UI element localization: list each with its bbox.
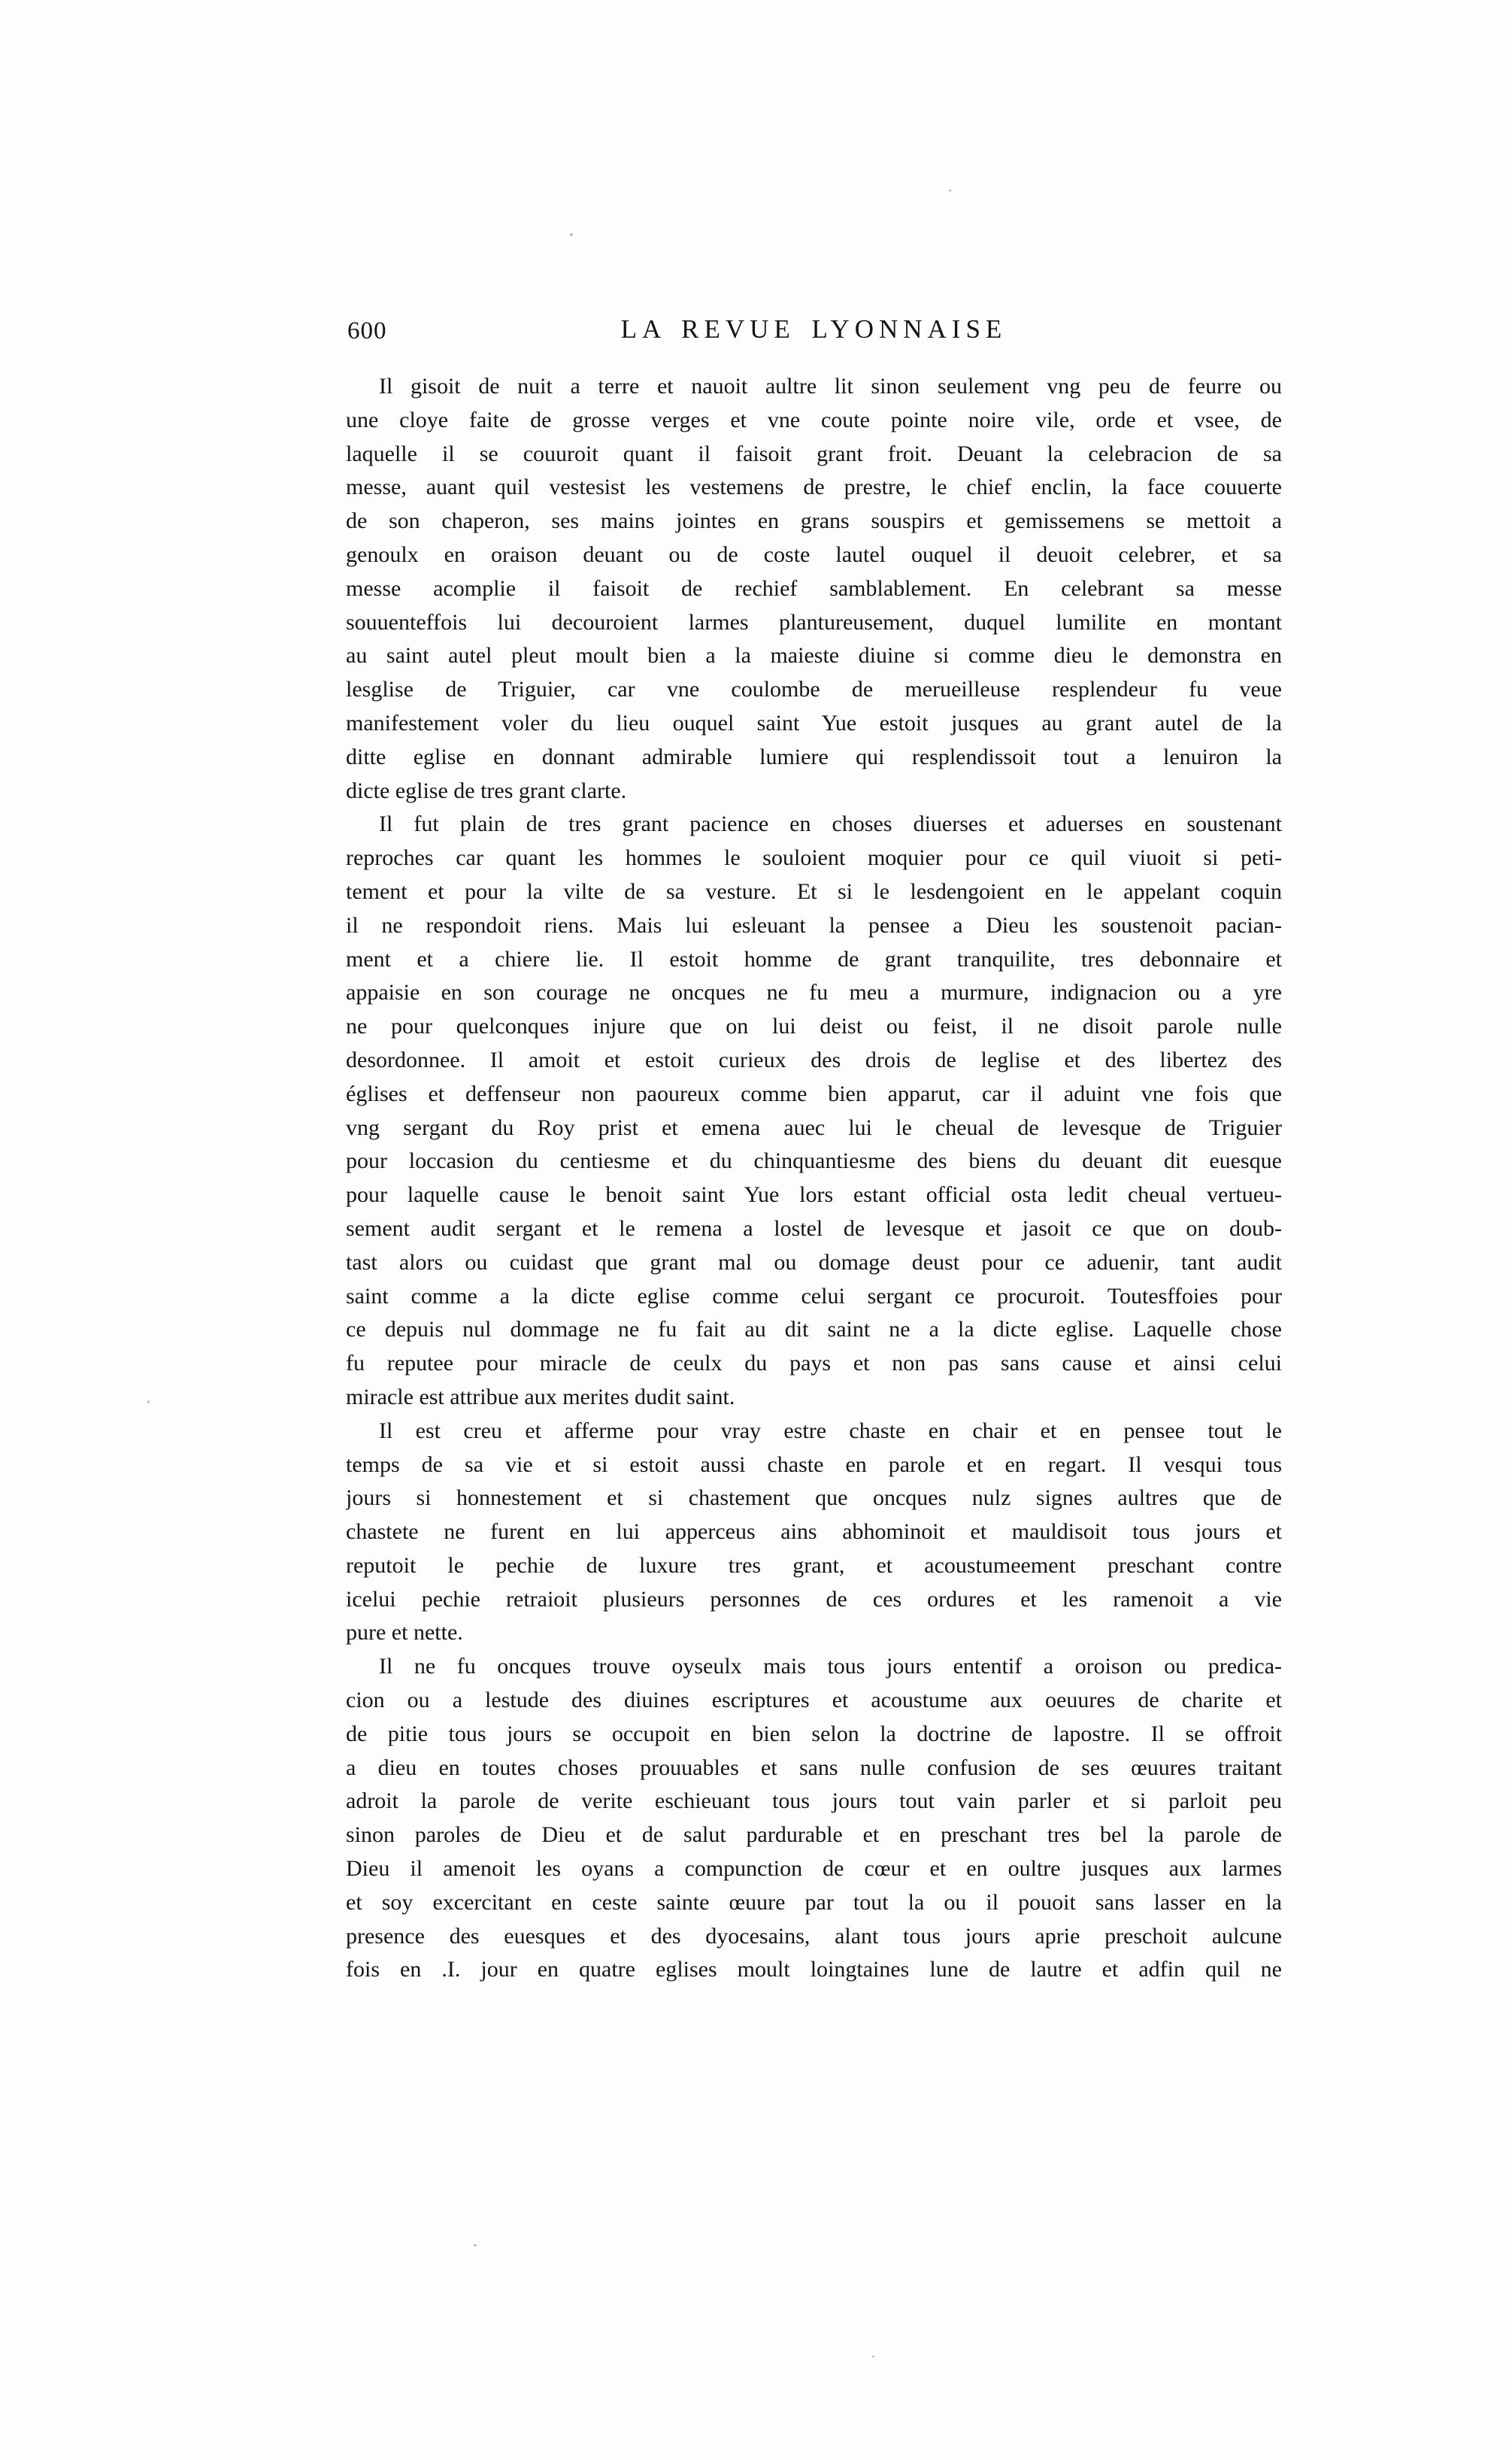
scanned-page: 600 LA REVUE LYONNAISE Il gisoit de nuit…: [346, 314, 1282, 1987]
text-line: tast alors ou cuidast que grant mal ou d…: [346, 1246, 1282, 1280]
text-line: il ne respondoit riens. Mais lui esleuan…: [346, 909, 1282, 943]
text-line: messe, auant quil vestesist les vestemen…: [346, 471, 1282, 505]
text-line: ne pour quelconques injure que on lui de…: [346, 1010, 1282, 1044]
text-line: manifestement voler du lieu ouquel saint…: [346, 707, 1282, 741]
text-line: souuenteffois lui decouroient larmes pla…: [346, 606, 1282, 640]
text-line: cion ou a lestude des diuines escripture…: [346, 1684, 1282, 1718]
text-line: adroit la parole de verite eschieuant to…: [346, 1785, 1282, 1818]
text-line: une cloye faite de grosse verges et vne …: [346, 404, 1282, 438]
text-line: et soy excercitant en ceste sainte œuure…: [346, 1886, 1282, 1920]
paragraph: Il fut plain de tres grant pacience en c…: [346, 808, 1282, 1414]
text-line: tement et pour la vilte de sa vesture. E…: [346, 875, 1282, 909]
text-line: lesglise de Triguier, car vne coulombe d…: [346, 673, 1282, 707]
text-line: Dieu il amenoit les oyans a compunction …: [346, 1852, 1282, 1886]
text-line: sinon paroles de Dieu et de salut pardur…: [346, 1818, 1282, 1852]
text-line: temps de sa vie et si estoit aussi chast…: [346, 1448, 1282, 1482]
text-line: Il ne fu oncques trouve oyseulx mais tou…: [346, 1650, 1282, 1684]
text-line: de son chaperon, ses mains jointes en gr…: [346, 505, 1282, 538]
text-line: jours si honnestement et si chastement q…: [346, 1482, 1282, 1515]
text-line: vng sergant du Roy prist et emena auec l…: [346, 1112, 1282, 1145]
text-line: ce depuis nul dommage ne fu fait au dit …: [346, 1313, 1282, 1347]
scan-artifact: [147, 1400, 150, 1403]
text-line: Il fut plain de tres grant pacience en c…: [346, 808, 1282, 842]
text-line: de pitie tous jours se occupoit en bien …: [346, 1718, 1282, 1752]
text-line: fois en .I. jour en quatre eglises moult…: [346, 1953, 1282, 1987]
text-line: saint comme a la dicte eglise comme celu…: [346, 1280, 1282, 1314]
text-line: appaisie en son courage ne oncques ne fu…: [346, 976, 1282, 1010]
text-line: desordonnee. Il amoit et estoit curieux …: [346, 1044, 1282, 1078]
paragraph: Il ne fu oncques trouve oyseulx mais tou…: [346, 1650, 1282, 1987]
running-title: LA REVUE LYONNAISE: [346, 314, 1282, 344]
scan-artifact: [474, 2244, 477, 2246]
text-line: sement audit sergant et le remena a lost…: [346, 1212, 1282, 1246]
scan-artifact: [872, 2355, 874, 2358]
text-line: pour laquelle cause le benoit saint Yue …: [346, 1178, 1282, 1212]
text-line: dicte eglise de tres grant clarte.: [346, 775, 1282, 808]
text-line: ment et a chiere lie. Il estoit homme de…: [346, 943, 1282, 977]
text-line: Il est creu et afferme pour vray estre c…: [346, 1415, 1282, 1448]
text-line: genoulx en oraison deuant ou de coste la…: [346, 538, 1282, 572]
text-line: reputoit le pechie de luxure tres grant,…: [346, 1549, 1282, 1583]
text-line: au saint autel pleut moult bien a la mai…: [346, 639, 1282, 673]
text-line: ditte eglise en donnant admirable lumier…: [346, 741, 1282, 775]
scan-artifact: [949, 190, 951, 192]
paragraph: Il est creu et afferme pour vray estre c…: [346, 1415, 1282, 1651]
text-line: icelui pechie retraioit plusieurs person…: [346, 1583, 1282, 1617]
text-line: presence des euesques et des dyocesains,…: [346, 1920, 1282, 1954]
text-line: laquelle il se couuroit quant il faisoit…: [346, 438, 1282, 472]
text-line: Il gisoit de nuit a terre et nauoit ault…: [346, 370, 1282, 404]
text-line: miracle est attribue aux merites dudit s…: [346, 1381, 1282, 1415]
text-line: a dieu en toutes choses prouuables et sa…: [346, 1752, 1282, 1785]
text-line: chastete ne furent en lui apperceus ains…: [346, 1515, 1282, 1549]
page-header: 600 LA REVUE LYONNAISE: [346, 314, 1282, 349]
paragraph: Il gisoit de nuit a terre et nauoit ault…: [346, 370, 1282, 808]
scan-artifact: [570, 233, 573, 236]
text-line: églises et deffenseur non paoureux comme…: [346, 1078, 1282, 1112]
text-line: pour loccasion du centiesme et du chinqu…: [346, 1145, 1282, 1178]
text-line: reproches car quant les hommes le souloi…: [346, 842, 1282, 875]
text-line: pure et nette.: [346, 1616, 1282, 1650]
text-line: fu reputee pour miracle de ceulx du pays…: [346, 1347, 1282, 1381]
body-text: Il gisoit de nuit a terre et nauoit ault…: [346, 370, 1282, 1987]
text-line: messe acomplie il faisoit de rechief sam…: [346, 572, 1282, 606]
